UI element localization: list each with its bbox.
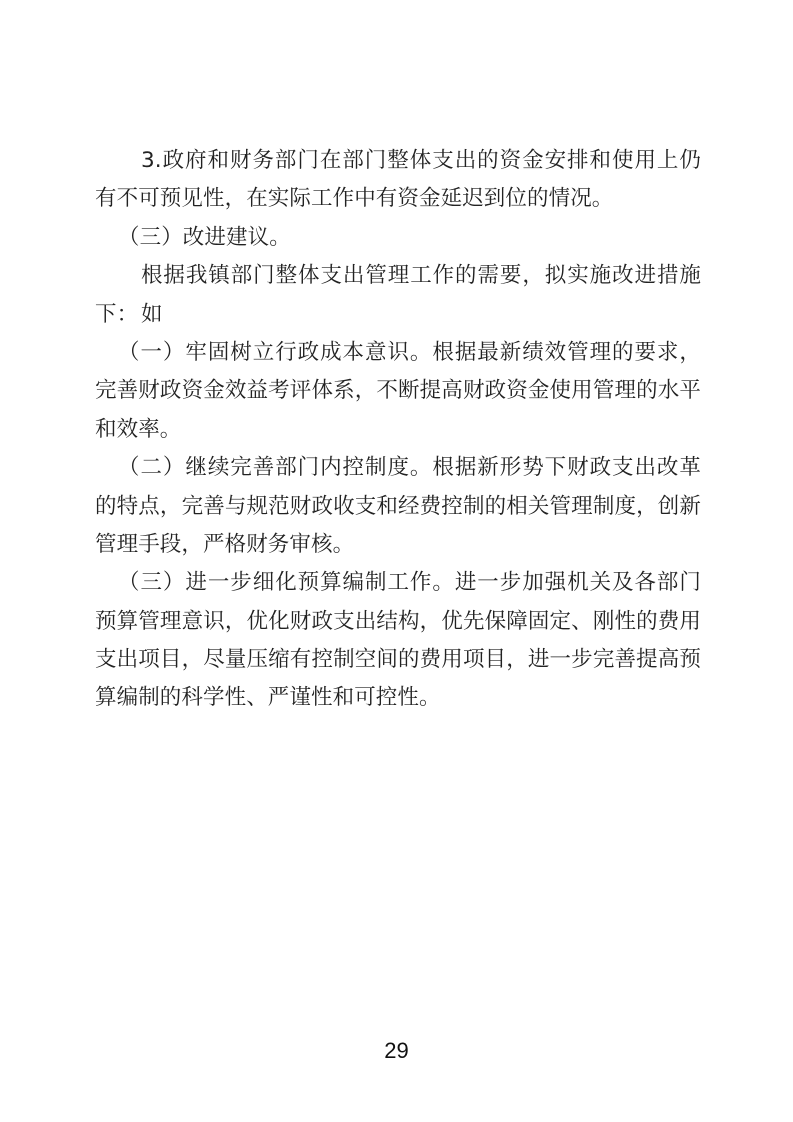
text-line: 根据我镇部门整体支出管理工作的需要，拟实施改进措施如 bbox=[95, 257, 701, 295]
text-line: 支出项目，尽量压缩有控制空间的费用项目，进一步完善提高预 bbox=[95, 641, 701, 679]
text-line: 管理手段，严格财务审核。 bbox=[95, 526, 701, 564]
text-line: （一）牢固树立行政成本意识。根据最新绩效管理的要求， bbox=[95, 334, 701, 372]
text-line: （三）进一步细化预算编制工作。进一步加强机关及各部门 bbox=[95, 564, 701, 602]
page-number: 29 bbox=[0, 1038, 793, 1064]
text-line: 3.政府和财务部门在部门整体支出的资金安排和使用上仍 bbox=[95, 142, 701, 180]
document-page: 3.政府和财务部门在部门整体支出的资金安排和使用上仍有不可预见性，在实际工作中有… bbox=[0, 0, 793, 1122]
text-line: （三）改进建议。 bbox=[95, 219, 701, 257]
text-line: 预算管理意识，优化财政支出结构，优先保障固定、刚性的费用 bbox=[95, 603, 701, 641]
text-line: 下： bbox=[95, 296, 701, 334]
document-body: 3.政府和财务部门在部门整体支出的资金安排和使用上仍有不可预见性，在实际工作中有… bbox=[95, 142, 701, 718]
text-line: 算编制的科学性、严谨性和可控性。 bbox=[95, 679, 701, 717]
text-line: 的特点，完善与规范财政收支和经费控制的相关管理制度，创新 bbox=[95, 488, 701, 526]
text-line: （二）继续完善部门内控制度。根据新形势下财政支出改革 bbox=[95, 449, 701, 487]
text-line: 有不可预见性，在实际工作中有资金延迟到位的情况。 bbox=[95, 180, 701, 218]
text-line: 和效率。 bbox=[95, 411, 701, 449]
text-line: 完善财政资金效益考评体系，不断提高财政资金使用管理的水平 bbox=[95, 372, 701, 410]
